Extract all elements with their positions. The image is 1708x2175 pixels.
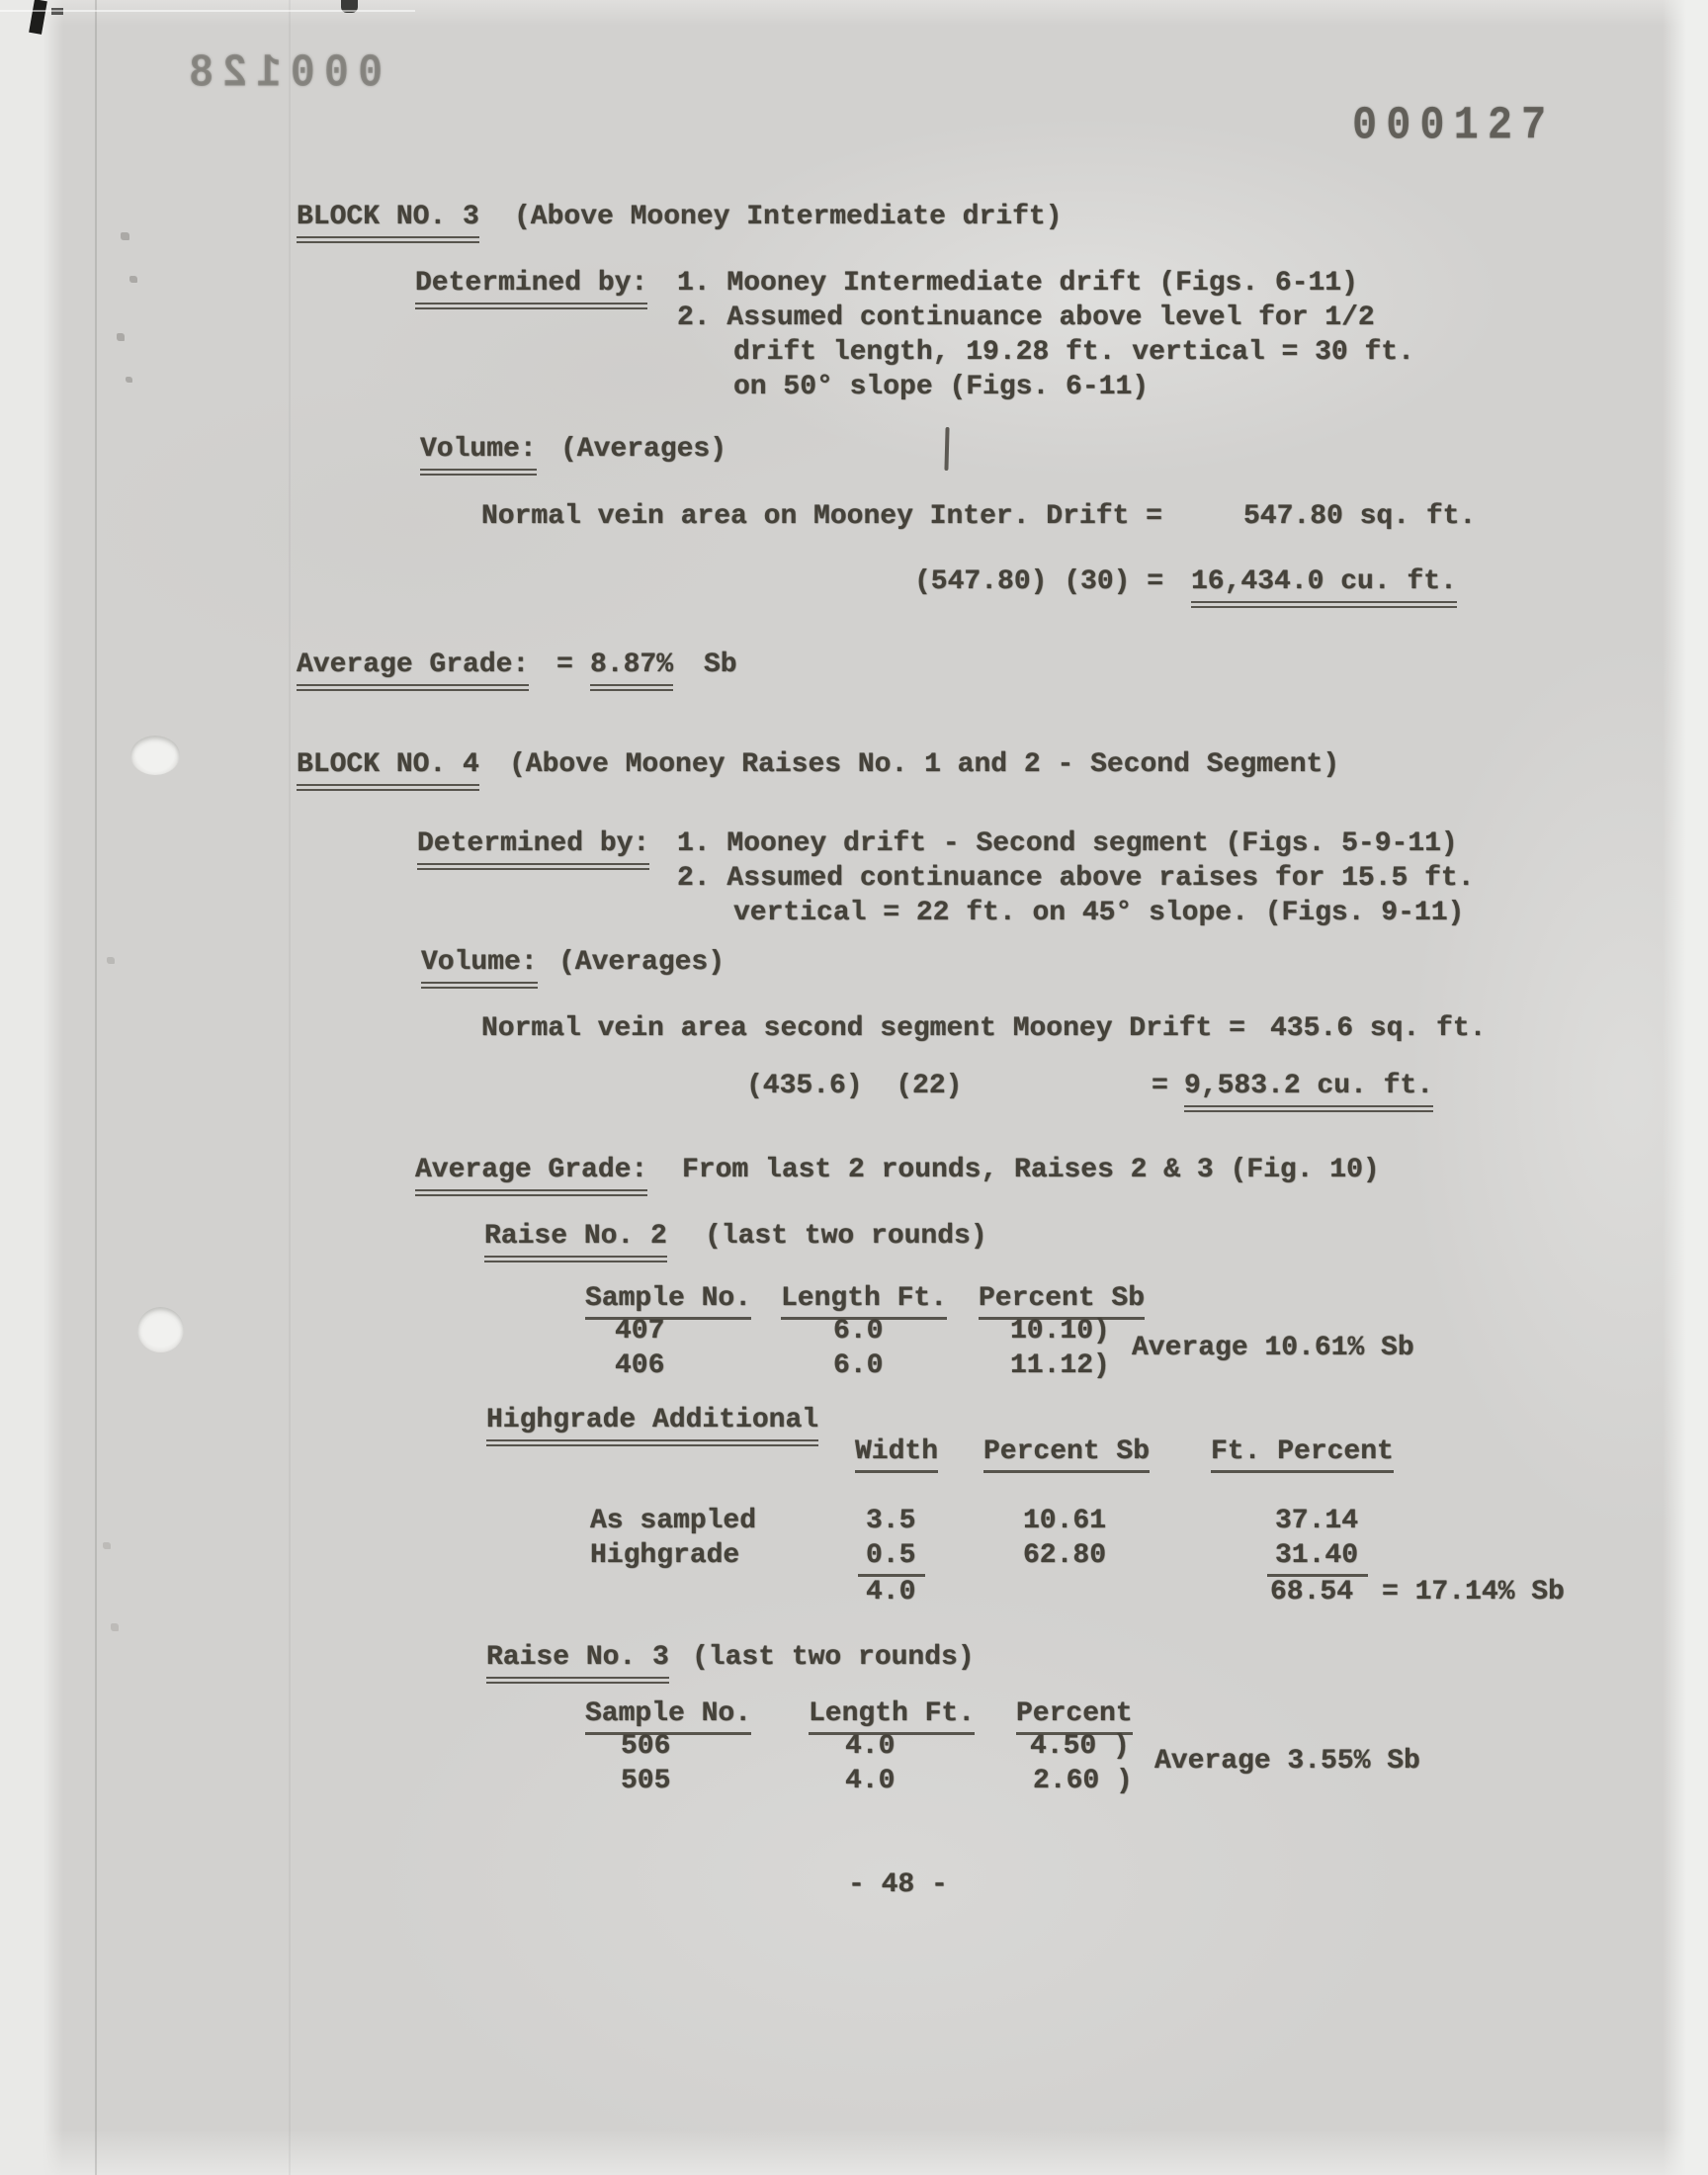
highgrade-row-cell: As sampled (590, 1505, 756, 1538)
raise2-row-cell: 407 (615, 1315, 664, 1348)
block3-grade-unit: Sb (704, 649, 737, 682)
margin-speck (111, 1623, 119, 1631)
scan-crease-line-faint (289, 0, 291, 2175)
margin-speck (117, 333, 125, 341)
block3-calc-expression: (547.80) (30) = (914, 565, 1163, 599)
block4-vein-area-line: Normal vein area second segment Mooney D… (481, 1012, 1245, 1046)
highgrade-row-cell: Highgrade (590, 1539, 739, 1573)
raise3-row-cell: 4.0 (845, 1765, 895, 1798)
raise3-title: Raise No. 3 (486, 1641, 669, 1684)
block3-grade-value: 8.87% (590, 649, 673, 691)
page-stamp-bleedthrough: 000128 (180, 46, 383, 100)
raise3-average: Average 3.55% Sb (1154, 1745, 1420, 1779)
block4-volume-note: (Averages) (558, 946, 725, 980)
raise2-average: Average 10.61% Sb (1132, 1332, 1414, 1365)
raise3-row-cell: 4.0 (845, 1730, 895, 1764)
highgrade-total-width: 4.0 (866, 1576, 915, 1609)
page-stamp: 000127 (1352, 99, 1555, 152)
block3-determined-item-2: 2. Assumed continuance above level for 1… (677, 302, 1375, 335)
highgrade-title: Highgrade Additional (486, 1404, 818, 1446)
raise2-row-cell: 6.0 (833, 1315, 883, 1348)
block3-determined-item-1: 1. Mooney Intermediate drift (Figs. 6-11… (677, 267, 1358, 301)
raise2-row-cell: 10.10) (1010, 1315, 1110, 1348)
block4-vein-area-value: 435.6 sq. ft. (1270, 1012, 1486, 1046)
raise2-title-note: (last two rounds) (705, 1220, 987, 1254)
highgrade-row-cell: 37.14 (1275, 1505, 1358, 1538)
scan-smudge-top-left (29, 0, 47, 35)
raise3-row-cell: 2.60 ) (1033, 1765, 1133, 1798)
block4-title-note: (Above Mooney Raises No. 1 and 2 - Secon… (509, 748, 1339, 782)
block4-calc-eq: = (1152, 1070, 1168, 1103)
block3-title: BLOCK NO. 3 (297, 201, 479, 243)
page-number: - 48 - (848, 1869, 948, 1902)
block3-vein-area-line: Normal vein area on Mooney Inter. Drift … (481, 500, 1162, 534)
paper-page: 000128 000127 BLOCK NO. 3 (Above Mooney … (0, 0, 1708, 2175)
block3-title-note: (Above Mooney Intermediate drift) (514, 201, 1063, 234)
block3-grade-label: Average Grade: (297, 649, 529, 691)
margin-speck (103, 1542, 111, 1549)
block3-calc-value: 16,434.0 cu. ft. (1191, 565, 1457, 608)
margin-speck (107, 957, 115, 964)
raise2-row-cell: 11.12) (1010, 1349, 1110, 1383)
raise2-row-cell: 406 (615, 1349, 664, 1383)
highgrade-total-ftpercent: 68.54 (1270, 1576, 1353, 1609)
raise2-row-cell: 6.0 (833, 1349, 883, 1383)
highgrade-row-cell: 10.61 (1023, 1505, 1106, 1538)
highgrade-header-ftpercent: Ft. Percent (1211, 1435, 1394, 1473)
raise3-title-note: (last two rounds) (692, 1641, 975, 1675)
block4-determined-label: Determined by: (417, 827, 649, 870)
highgrade-total-grade: = 17.14% Sb (1382, 1576, 1565, 1609)
block4-determined-item-2-cont: vertical = 22 ft. on 45° slope. (Figs. 9… (733, 897, 1464, 930)
highgrade-row-cell: 31.40 (1267, 1539, 1368, 1577)
highgrade-header-width: Width (855, 1435, 938, 1473)
highgrade-row-cell: 3.5 (866, 1505, 915, 1538)
block3-determined-label: Determined by: (415, 267, 647, 309)
block3-grade-eq: = (556, 649, 573, 682)
block4-determined-item-1: 1. Mooney drift - Second segment (Figs. … (677, 827, 1458, 861)
block3-determined-item-2-cont: drift length, 19.28 ft. vertical = 30 ft… (733, 336, 1414, 370)
raise3-row-cell: 4.50 ) (1030, 1730, 1130, 1764)
raise3-row-cell: 505 (621, 1765, 670, 1798)
raise2-header-sample: Sample No. (585, 1282, 751, 1320)
margin-speck (126, 377, 132, 383)
block4-volume-label: Volume: (421, 946, 538, 989)
block4-determined-item-2: 2. Assumed continuance above raises for … (677, 862, 1475, 896)
highgrade-row-cell: 0.5 (858, 1539, 925, 1577)
margin-speck (121, 232, 129, 240)
block4-grade-note: From last 2 rounds, Raises 2 & 3 (Fig. 1… (682, 1154, 1380, 1187)
block4-title: BLOCK NO. 4 (297, 748, 479, 791)
punch-hole-top (130, 736, 180, 775)
highgrade-row-cell: 62.80 (1023, 1539, 1106, 1573)
block3-volume-label: Volume: (420, 433, 537, 476)
punch-hole-bottom (137, 1307, 184, 1352)
pen-mark (944, 427, 949, 471)
raise3-row-cell: 506 (621, 1730, 670, 1764)
scan-scratch (0, 10, 415, 12)
scan-crease-line (95, 0, 97, 2175)
block4-calc-value: 9,583.2 cu. ft. (1184, 1070, 1433, 1112)
raise2-title: Raise No. 2 (484, 1220, 667, 1262)
margin-speck (129, 276, 137, 283)
block4-calc-expression: (435.6) (22) (746, 1070, 962, 1103)
scanned-document: { "stamps": { "front": "000127", "back_b… (0, 0, 1708, 2175)
block3-determined-item-2-cont2: on 50° slope (Figs. 6-11) (733, 371, 1149, 404)
block3-vein-area-value: 547.80 sq. ft. (1243, 500, 1476, 534)
highgrade-header-percent: Percent Sb (983, 1435, 1150, 1473)
block3-volume-note: (Averages) (560, 433, 726, 467)
block4-grade-label: Average Grade: (415, 1154, 647, 1196)
